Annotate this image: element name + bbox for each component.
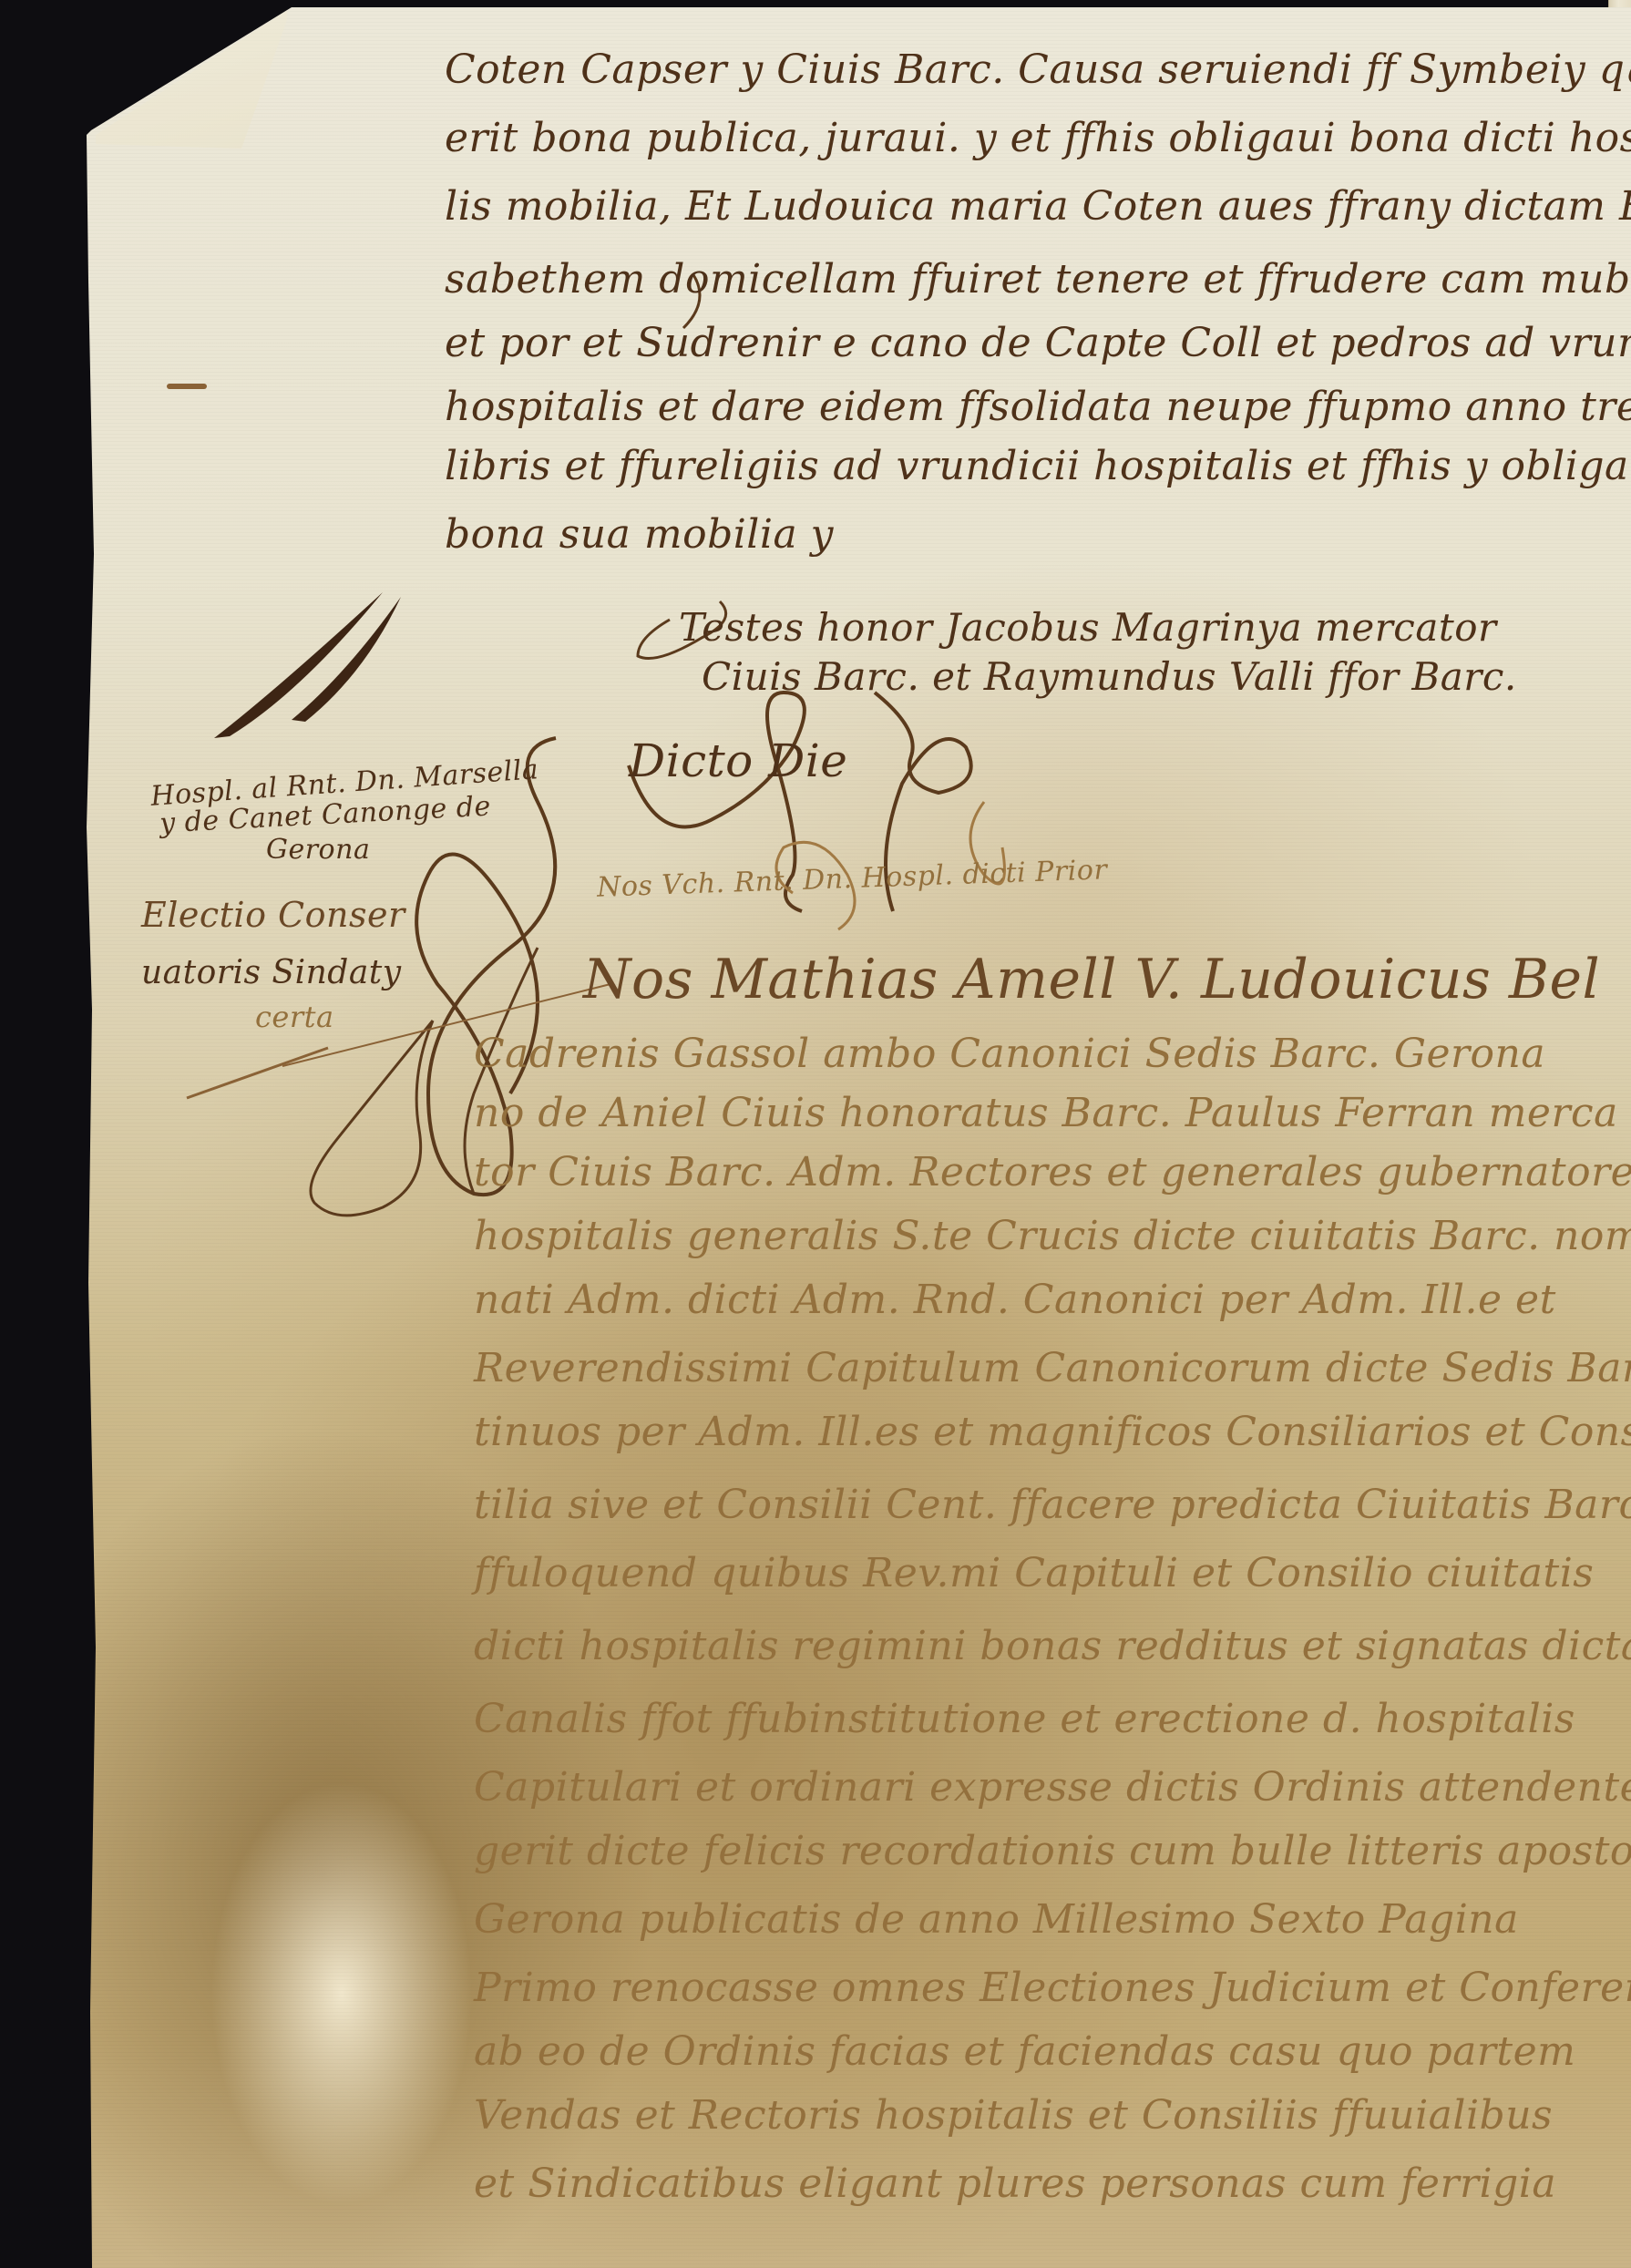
upper-entry-line-3: lis mobilia, Et Ludouica maria Coten aue…: [445, 187, 1631, 227]
date-heading: Dicto Die: [629, 738, 847, 784]
second-entry-line-2: no de Aniel Ciuis honoratus Barc. Paulus…: [474, 1093, 1618, 1134]
second-entry-line-1: Cadrenis Gassol ambo Canonici Sedis Barc…: [474, 1034, 1545, 1074]
second-entry-line-8: tilia sive et Consilii Cent. ffacere pre…: [474, 1485, 1631, 1525]
ink-stroke-mark: [167, 384, 207, 389]
second-entry-line-18: et Sindicatibus eligant plures personas …: [474, 2164, 1556, 2204]
witness-line-1: Testes honor Jacobus Magrinya mercator: [679, 609, 1497, 647]
second-entry-line-15: Primo renocasse omnes Electiones Judiciu…: [474, 1968, 1631, 2008]
upper-entry-line-1: Coten Capser y Ciuis Barc. Causa seruien…: [445, 50, 1631, 90]
upper-entry-line-5: et por et Sudrenir e cano de Capte Coll …: [445, 323, 1631, 364]
second-entry-line-9: ffuloquend quibus Rev.mi Capituli et Con…: [474, 1554, 1594, 1594]
second-entry-line-12: Capitulari et ordinari expresse dictis O…: [474, 1768, 1631, 1808]
second-entry-line-3: tor Ciuis Barc. Adm. Rectores et general…: [474, 1153, 1631, 1193]
second-entry-line-5: nati Adm. dicti Adm. Rnd. Canonici per A…: [474, 1280, 1556, 1320]
second-entry-line-6: Reverendissimi Capitulum Canonicorum dic…: [474, 1349, 1631, 1389]
second-entry-line-11: Canalis ffot ffubinstitutione et erectio…: [474, 1699, 1575, 1739]
second-entry-line-17: Vendas et Rectoris hospitalis et Consili…: [474, 2096, 1553, 2136]
second-entry-line-14: Gerona publicatis de anno Millesimo Sext…: [474, 1900, 1519, 1940]
second-entry-line-7: tinuos per Adm. Ill.es et magnificos Con…: [474, 1412, 1631, 1452]
second-entry-line-10: dicti hospitalis regimini bonas redditus…: [474, 1627, 1631, 1667]
margin-note-lower-line-1: Electio Conser: [141, 898, 405, 932]
upper-entry-line-2: erit bona publica, juraui. y et ffhis ob…: [445, 118, 1631, 159]
second-entry-line-4: hospitalis generalis S.te Crucis dicte c…: [474, 1216, 1631, 1257]
second-entry-line-16: ab eo de Ordinis facias et faciendas cas…: [474, 2032, 1575, 2072]
second-entry-line-13: gerit dicte felicis recordationis cum bu…: [474, 1832, 1631, 1872]
entry-opening-line: Nos Mathias Amell V. Ludouicus Bel: [583, 952, 1600, 1007]
margin-note-upper-line-3: Gerona: [266, 836, 370, 864]
upper-entry-line-7: libris et ffureligiis ad vrundicii hospi…: [445, 446, 1631, 487]
upper-entry-line-4: sabethem domicellam ffuiret tenere et ff…: [445, 260, 1631, 300]
margin-note-lower-line-2: uatoris Sindaty: [141, 957, 402, 990]
witness-line-2: Ciuis Barc. et Raymundus Valli ffor Barc…: [702, 658, 1517, 696]
upper-entry-line-6: hospitalis et dare eidem ffsolidata neup…: [445, 387, 1631, 427]
margin-note-lower-line-3: certa: [255, 1002, 334, 1031]
upper-entry-line-8: bona sua mobilia y: [445, 515, 834, 555]
